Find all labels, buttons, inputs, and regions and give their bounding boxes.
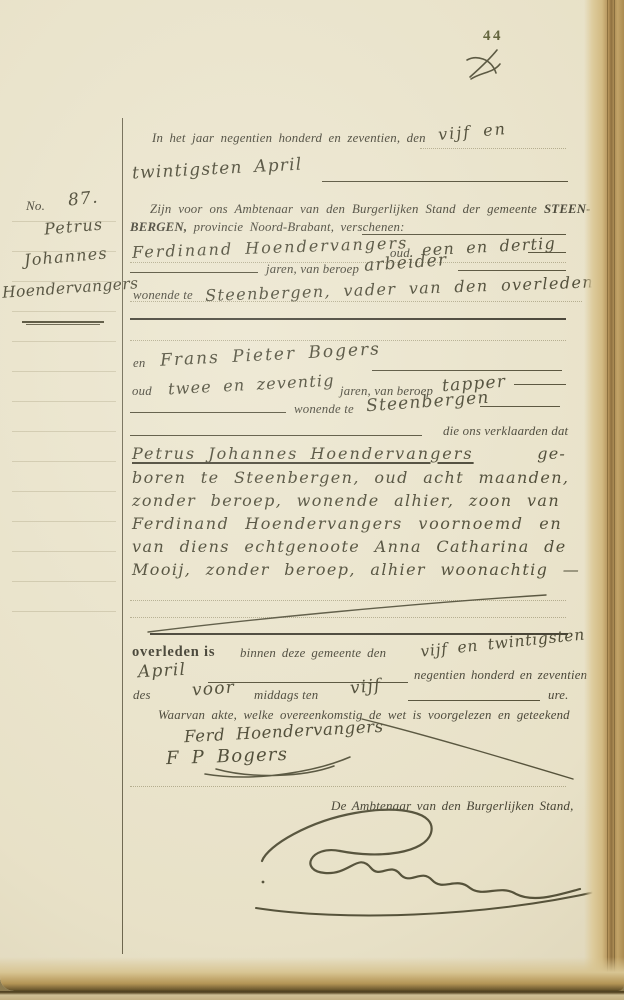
- date-day-handwritten: vijf en: [437, 119, 507, 144]
- oud-label: oud: [132, 384, 152, 399]
- next-page-edge: [0, 991, 624, 1000]
- fill-line: [408, 700, 540, 701]
- official-signature-loop: [262, 810, 432, 861]
- middags-label: middags ten: [254, 688, 318, 703]
- deceased-name-underlined: Petrus Johannes Hoendervangers: [132, 444, 474, 463]
- fill-line: [322, 181, 568, 182]
- margin-vertical-rule: [122, 118, 123, 954]
- overleden-printed-text: binnen deze gemeente den: [240, 646, 386, 661]
- verklaarden-label: die ons verklaarden dat: [443, 424, 568, 439]
- en-label: en: [133, 356, 145, 371]
- declarant2-name: Frans Pieter Bogers: [160, 339, 382, 371]
- book-page-edge: [584, 0, 624, 991]
- folio-number: 44: [483, 28, 503, 45]
- blank-rule: [130, 786, 566, 787]
- ure-label: ure.: [548, 688, 569, 703]
- overleden-bold-label: overleden is: [132, 644, 215, 661]
- official-title: De Ambtenaar van den Burgerlijken Stand,: [331, 798, 574, 814]
- page-edge-seam: [607, 0, 608, 991]
- page-edge-seam: [614, 0, 615, 991]
- margin-deceased-surname: Hoendervangers: [2, 274, 139, 301]
- crossout-diagonal-lower: [362, 719, 573, 779]
- margin-closing-line: [22, 321, 104, 323]
- section-divider-line: [130, 318, 566, 320]
- fill-line: [372, 370, 562, 371]
- jaren-beroep-label: jaren, van beroep: [266, 262, 359, 277]
- declaration-line6: Mooij, zonder beroep, alhier woonachtig …: [132, 560, 580, 579]
- fill-line: [458, 270, 566, 271]
- margin-act-number: 87.: [67, 187, 100, 210]
- appearance-text: Zijn voor ons Ambtenaar van den Burgerli…: [150, 202, 537, 216]
- declaration-line4: Ferdinand Hoendervangers voornoemd en: [132, 514, 562, 533]
- official-signature-dot: [262, 881, 265, 884]
- declaration-suffix: ge-: [537, 444, 566, 463]
- blank-rule: [130, 600, 566, 601]
- death-year-printed: negentien honderd en zeventien: [414, 668, 587, 683]
- folio-paraph-mark: [467, 50, 500, 79]
- margin-closing-line-2: [26, 324, 100, 325]
- intro-printed-text: In het jaar negentien honderd en zeventi…: [152, 131, 426, 146]
- margin-deceased-middlename: Johannes: [23, 243, 108, 269]
- declarant2-age: twee en zeventig: [168, 371, 335, 399]
- municipality-name-part1: STEEN-: [544, 202, 591, 216]
- official-signature-letters: [310, 850, 580, 898]
- daypart-handwritten: voor: [191, 678, 235, 701]
- death-hour-handwritten: vijf: [349, 675, 382, 698]
- fill-line: [130, 272, 258, 273]
- death-certificate-scan: 44 No. 87. Petrus Johannes Hoendervanger…: [0, 0, 624, 991]
- declaration-line5: van diens echtgenoote Anna Catharina de: [132, 537, 567, 556]
- death-month-handwritten: April: [138, 660, 187, 682]
- fill-line: [130, 412, 286, 413]
- margin-deceased-firstname: Petrus: [43, 214, 104, 238]
- des-label: des: [133, 688, 151, 703]
- fill-dotline: [420, 148, 566, 149]
- fill-line: [130, 435, 422, 436]
- dash-line: [528, 252, 566, 253]
- fill-dotline: [130, 301, 582, 302]
- margin-no-label: No.: [26, 198, 45, 214]
- declarant2-signature: F P Bogers: [166, 744, 289, 769]
- declarant1-occupation: arbeider: [363, 250, 448, 276]
- dash-line: [514, 384, 566, 385]
- wonende-label: wonende te: [294, 402, 354, 417]
- blank-rule: [130, 617, 566, 618]
- official-signature-underline: [256, 891, 600, 915]
- appearance-clause-line2: BERGEN, provincie Noord-Brabant, versche…: [130, 220, 405, 235]
- municipality-name-part2: BERGEN,: [130, 220, 187, 234]
- death-date-handwritten: vijf en twintigsten: [420, 625, 586, 660]
- dash-line: [480, 406, 560, 407]
- date-month-handwritten: twintigsten April: [132, 155, 303, 184]
- declaration-line1: Petrus Johannes Hoendervangers ge-: [132, 444, 566, 463]
- province-text: provincie Noord-Brabant, verschenen:: [194, 220, 405, 234]
- page-bottom-edge: [0, 957, 624, 991]
- appearance-clause-line1: Zijn voor ons Ambtenaar van den Burgerli…: [150, 202, 591, 217]
- declaration-line2: boren te Steenbergen, oud acht maanden,: [132, 468, 569, 487]
- declaration-line3: zonder beroep, wonende alhier, zoon van: [132, 491, 560, 510]
